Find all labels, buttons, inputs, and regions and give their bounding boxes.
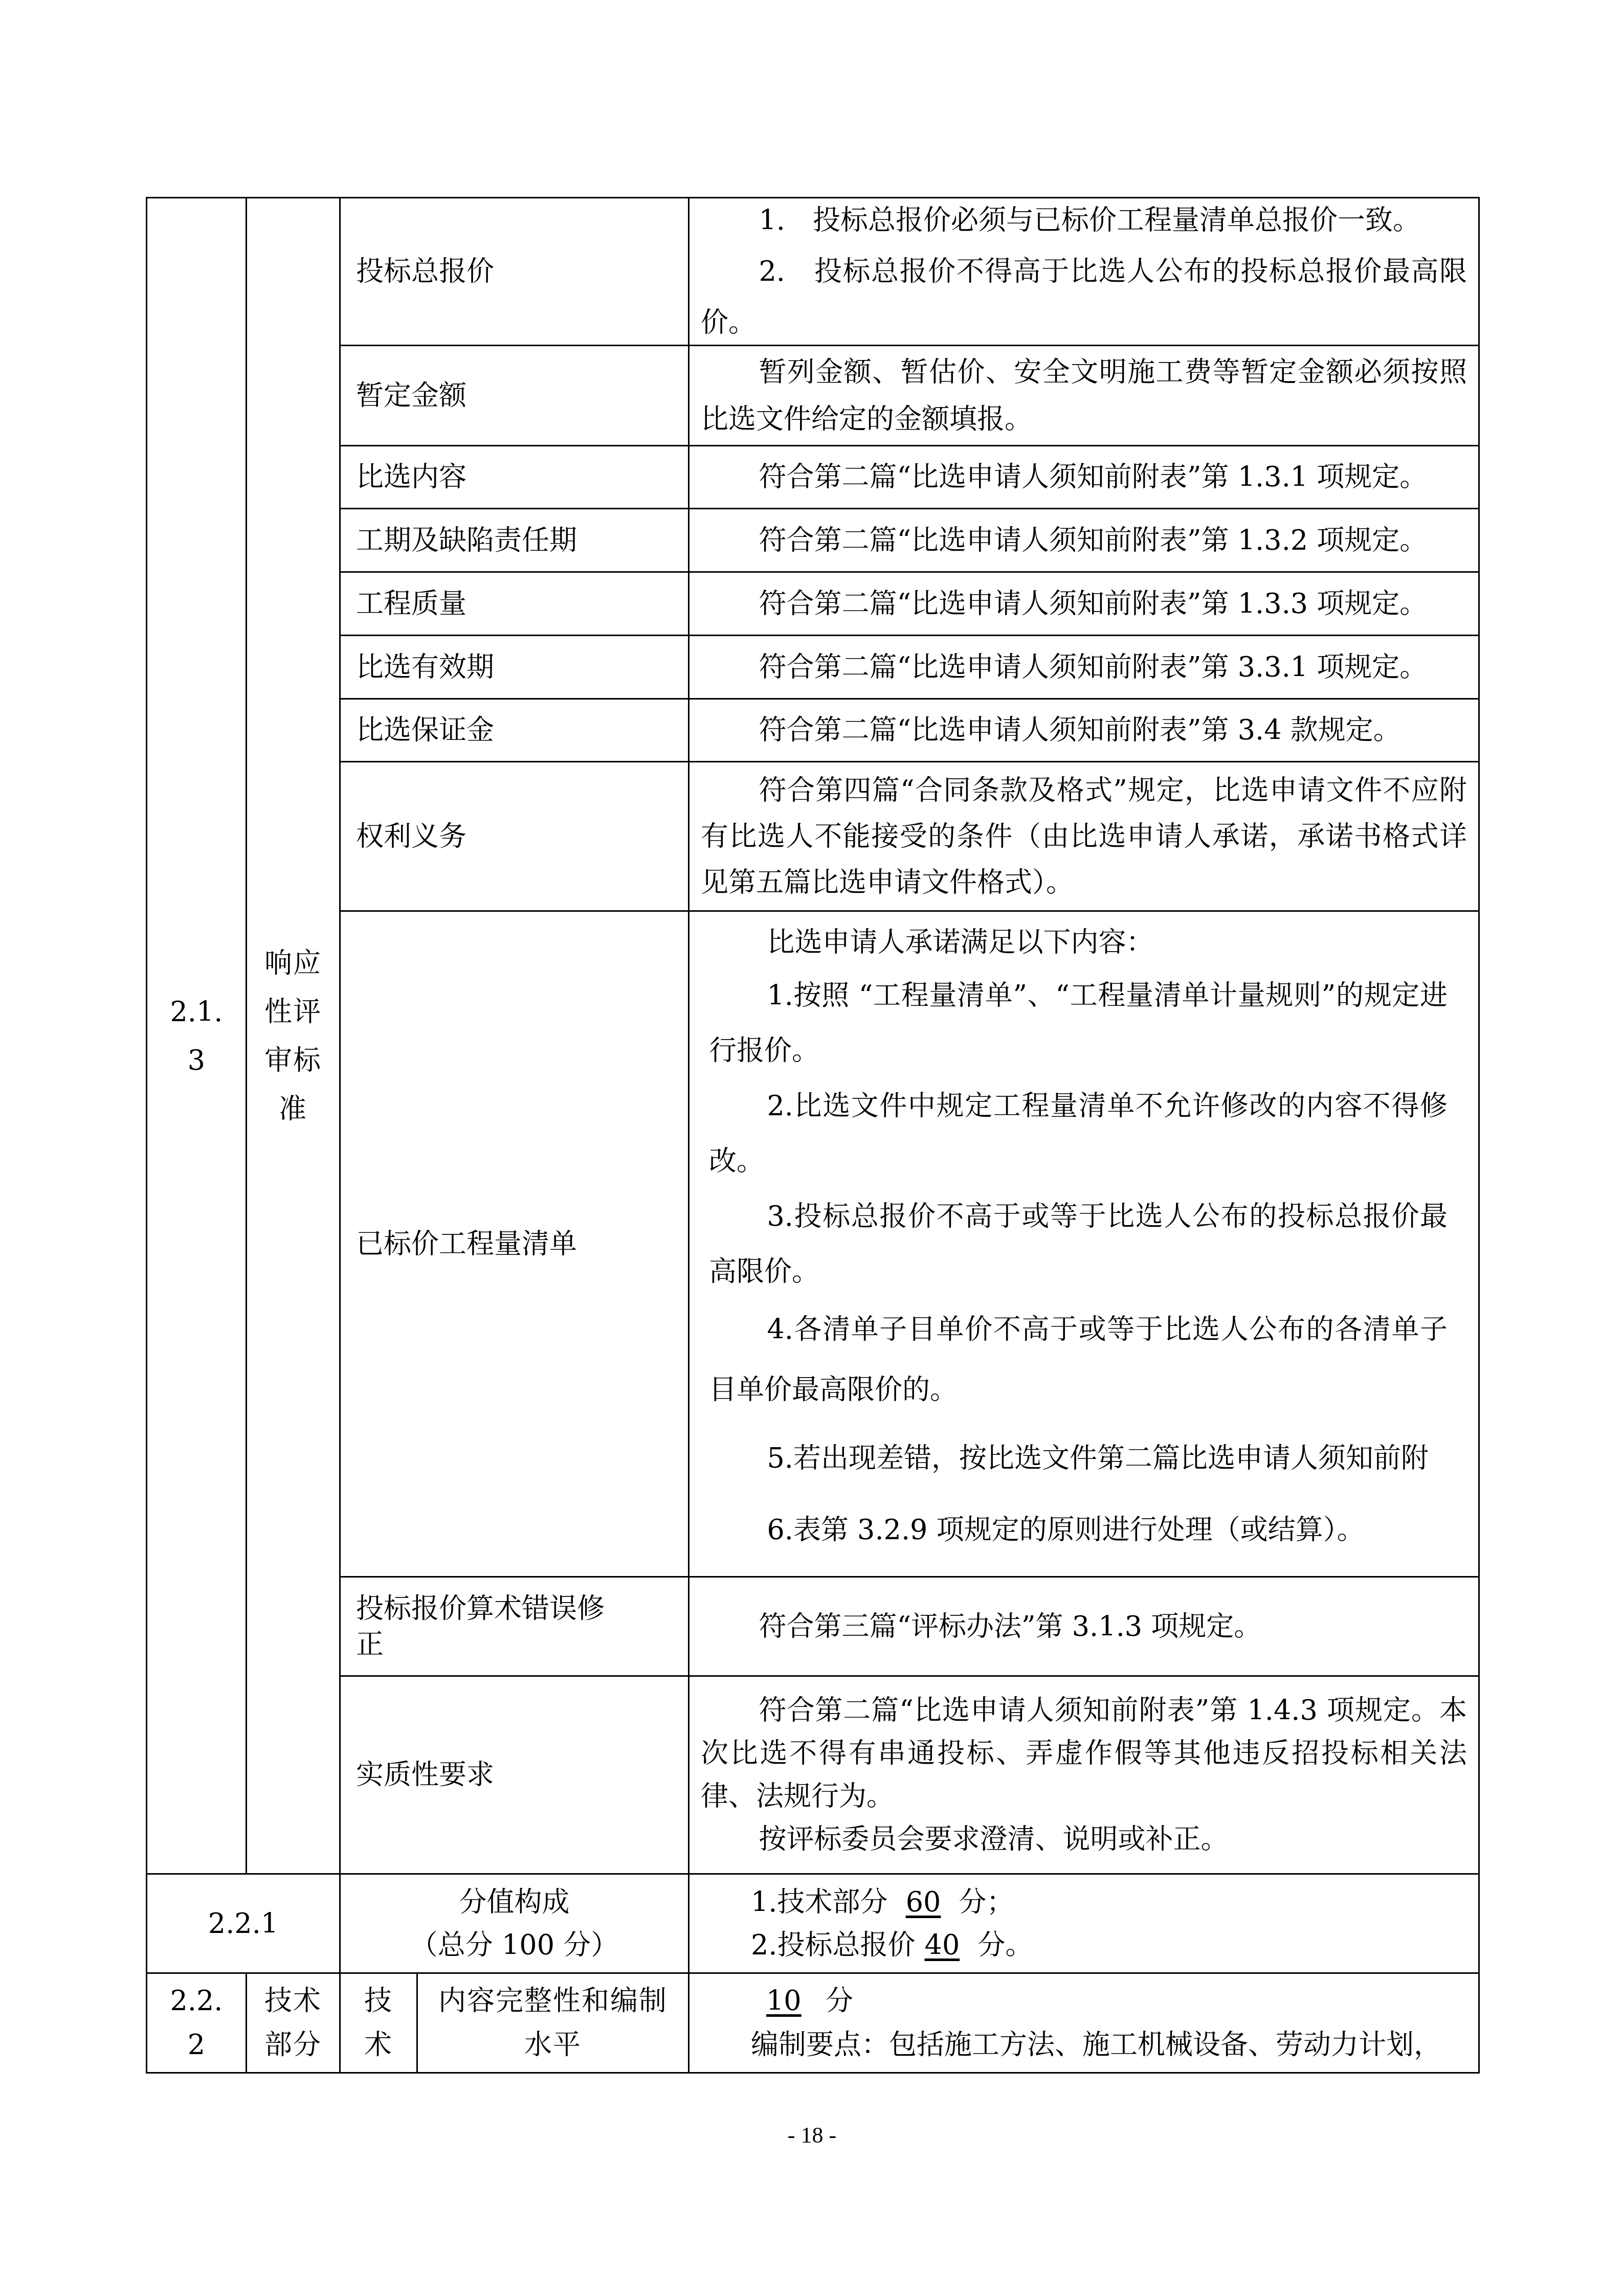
section-title-cell: 响应 性评 审标 准 <box>246 197 341 1875</box>
row-label-rights-obligations: 权利义务 <box>339 761 689 912</box>
row-content-duration-defects: 符合第二篇“比选申请人须知前附表”第 1.3.2 项规定。 <box>688 508 1480 573</box>
list-item: 6.表第 3.2.9 项规定的原则进行处理（或结算）。 <box>709 1497 1448 1563</box>
section-title-line: 响应 <box>247 939 339 987</box>
technical-score: 10 分 <box>751 1979 1441 2023</box>
row-label-arithmetic-correction: 投标报价算术错误修正 <box>339 1576 689 1677</box>
technical-score-suffix: 分 <box>817 1985 853 2017</box>
list-item: 4.各清单子目单价不高于或等于比选人公布的各清单子目单价最高限价的。 <box>709 1299 1448 1420</box>
row-label-substantive-requirements: 实质性要求 <box>339 1675 689 1875</box>
content-paragraph: 按评标委员会要求澄清、说明或补正。 <box>701 1818 1467 1861</box>
content-paragraph: 暂列金额、暂估价、安全文明施工费等暂定金额必须按照比选文件给定的金额填报。 <box>701 349 1467 443</box>
row-content-deposit: 符合第二篇“比选申请人须知前附表”第 3.4 款规定。 <box>688 698 1480 762</box>
score-item-prefix: 2.投标总报价 <box>751 1929 916 1961</box>
row-label: 比选有效期 <box>356 648 494 687</box>
section-title-line: 准 <box>247 1085 339 1133</box>
technical-number-line: 2.2. <box>147 1979 246 2023</box>
section-number-cell: 2.1. 3 <box>146 197 247 1875</box>
row-content-substantive-requirements: 符合第二篇“比选申请人须知前附表”第 1.4.3 项规定。本次比选不得有串通投标… <box>688 1675 1480 1875</box>
row-label-quality: 工程质量 <box>339 571 689 636</box>
score-composition-number: 2.2.1 <box>147 1899 339 1948</box>
row-content-provisional-amount: 暂列金额、暂估价、安全文明施工费等暂定金额必须按照比选文件给定的金额填报。 <box>688 345 1480 446</box>
technical-number-cell: 2.2. 2 <box>146 1972 247 2074</box>
row-label-validity: 比选有效期 <box>339 635 689 700</box>
technical-sub-cell: 技 术 <box>339 1972 418 2074</box>
score-item-suffix: 分。 <box>969 1929 1033 1961</box>
row-label-provisional-amount: 暂定金额 <box>339 345 689 446</box>
row-label-duration-defects: 工期及缺陷责任期 <box>339 508 689 573</box>
row-label: 工程质量 <box>356 584 466 623</box>
technical-score-content: 10 分 编制要点：包括施工方法、施工机械设备、劳动力计划， <box>688 1972 1480 2074</box>
row-content-arithmetic-correction: 符合第三篇“评标办法”第 3.1.3 项规定。 <box>688 1576 1480 1677</box>
content-paragraph: 符合第二篇“比选申请人须知前附表”第 1.4.3 项规定。本次比选不得有串通投标… <box>701 1689 1467 1818</box>
list-item: 1.按照 “工程量清单”、“工程量清单计量规则”的规定进行报价。 <box>709 968 1448 1078</box>
row-label-deposit: 比选保证金 <box>339 698 689 762</box>
score-composition-number-cell: 2.2.1 <box>146 1873 341 1974</box>
section-number-line: 2.1. <box>147 987 246 1036</box>
technical-sub-line: 术 <box>341 2023 416 2067</box>
row-content-validity: 符合第二篇“比选申请人须知前附表”第 3.3.1 项规定。 <box>688 635 1480 700</box>
row-label: 暂定金额 <box>356 376 466 415</box>
content-paragraph: 符合第二篇“比选申请人须知前附表”第 1.3.3 项规定。 <box>701 572 1427 636</box>
technical-criterion-line: 内容完整性和编制 <box>418 1979 688 2023</box>
section-title: 响应 性评 审标 准 <box>247 939 339 1133</box>
score-composition-total: （总分 100 分） <box>341 1924 688 1967</box>
row-label-total-bid-price: 投标总报价 <box>339 197 689 346</box>
row-label: 投标报价算术错误修正 <box>356 1591 627 1662</box>
section-title-line: 审标 <box>247 1036 339 1085</box>
score-item-value: 60 <box>897 1886 950 1918</box>
section-number: 2.1. 3 <box>147 987 246 1085</box>
content-paragraph: 2. 投标总报价不得高于比选人公布的投标总报价最高限价。 <box>701 246 1467 348</box>
content-paragraph: 符合第二篇“比选申请人须知前附表”第 1.3.2 项规定。 <box>701 509 1427 572</box>
row-label: 比选内容 <box>356 458 466 497</box>
technical-number-line: 2 <box>147 2023 246 2067</box>
row-content-rights-obligations: 符合第四篇“合同条款及格式”规定，比选申请文件不应附有比选人不能接受的条件（由比… <box>688 761 1480 912</box>
row-label: 已标价工程量清单 <box>356 1225 577 1264</box>
content-paragraph: 1. 投标总报价必须与已标价工程量清单总报价一致。 <box>701 195 1467 246</box>
score-composition-label: 分值构成 <box>341 1881 688 1924</box>
score-item-prefix: 1.技术部分 <box>751 1886 897 1918</box>
score-item-suffix: 分； <box>950 1886 1014 1918</box>
score-composition-label-cell: 分值构成 （总分 100 分） <box>339 1873 689 1974</box>
list-intro: 比选申请人承诺满足以下内容： <box>709 917 1448 968</box>
list-item: 5.若出现差错，按比选文件第二篇比选申请人须知前附 <box>709 1420 1448 1497</box>
row-label: 权利义务 <box>356 817 466 856</box>
technical-points: 编制要点：包括施工方法、施工机械设备、劳动力计划， <box>751 2023 1441 2067</box>
content-paragraph: 符合第二篇“比选申请人须知前附表”第 1.3.1 项规定。 <box>701 445 1427 509</box>
technical-part-cell: 技术 部分 <box>246 1972 341 2074</box>
row-label: 比选保证金 <box>356 711 494 750</box>
page-number: - 18 - <box>0 2122 1624 2148</box>
score-composition-content: 1.技术部分 60 分； 2.投标总报价40 分。 <box>688 1873 1480 1974</box>
content-paragraph: 符合第四篇“合同条款及格式”规定，比选申请文件不应附有比选人不能接受的条件（由比… <box>701 768 1467 906</box>
content-paragraph: 符合第三篇“评标办法”第 3.1.3 项规定。 <box>701 1595 1261 1658</box>
score-item-price: 2.投标总报价40 分。 <box>751 1924 1033 1967</box>
content-paragraph: 符合第二篇“比选申请人须知前附表”第 3.4 款规定。 <box>701 699 1401 762</box>
row-label: 投标总报价 <box>356 252 494 291</box>
row-label: 工期及缺陷责任期 <box>356 521 577 560</box>
technical-criterion-cell: 内容完整性和编制 水平 <box>416 1972 689 2074</box>
content-paragraph: 符合第二篇“比选申请人须知前附表”第 3.3.1 项规定。 <box>701 636 1427 699</box>
section-title-line: 性评 <box>247 987 339 1036</box>
technical-criterion-line: 水平 <box>418 2023 688 2067</box>
list-item: 2.比选文件中规定工程量清单不允许修改的内容不得修改。 <box>709 1078 1448 1189</box>
technical-part-line: 技术 <box>247 1979 339 2023</box>
technical-part-line: 部分 <box>247 2023 339 2067</box>
score-item-value: 40 <box>916 1929 969 1961</box>
row-content-quality: 符合第二篇“比选申请人须知前附表”第 1.3.3 项规定。 <box>688 571 1480 636</box>
section-number-line: 3 <box>147 1036 246 1085</box>
list-item: 3.投标总报价不高于或等于比选人公布的投标总报价最高限价。 <box>709 1189 1448 1299</box>
row-content-scope: 符合第二篇“比选申请人须知前附表”第 1.3.1 项规定。 <box>688 445 1480 509</box>
score-item-technical: 1.技术部分 60 分； <box>751 1881 1033 1924</box>
technical-sub-line: 技 <box>341 1979 416 2023</box>
row-content-total-bid-price: 1. 投标总报价必须与已标价工程量清单总报价一致。 2. 投标总报价不得高于比选… <box>688 197 1480 346</box>
row-label-scope: 比选内容 <box>339 445 689 509</box>
row-label: 实质性要求 <box>356 1755 494 1794</box>
technical-score-value: 10 <box>751 1985 817 2017</box>
row-content-priced-bill: 比选申请人承诺满足以下内容： 1.按照 “工程量清单”、“工程量清单计量规则”的… <box>688 910 1480 1578</box>
row-label-priced-bill: 已标价工程量清单 <box>339 910 689 1578</box>
